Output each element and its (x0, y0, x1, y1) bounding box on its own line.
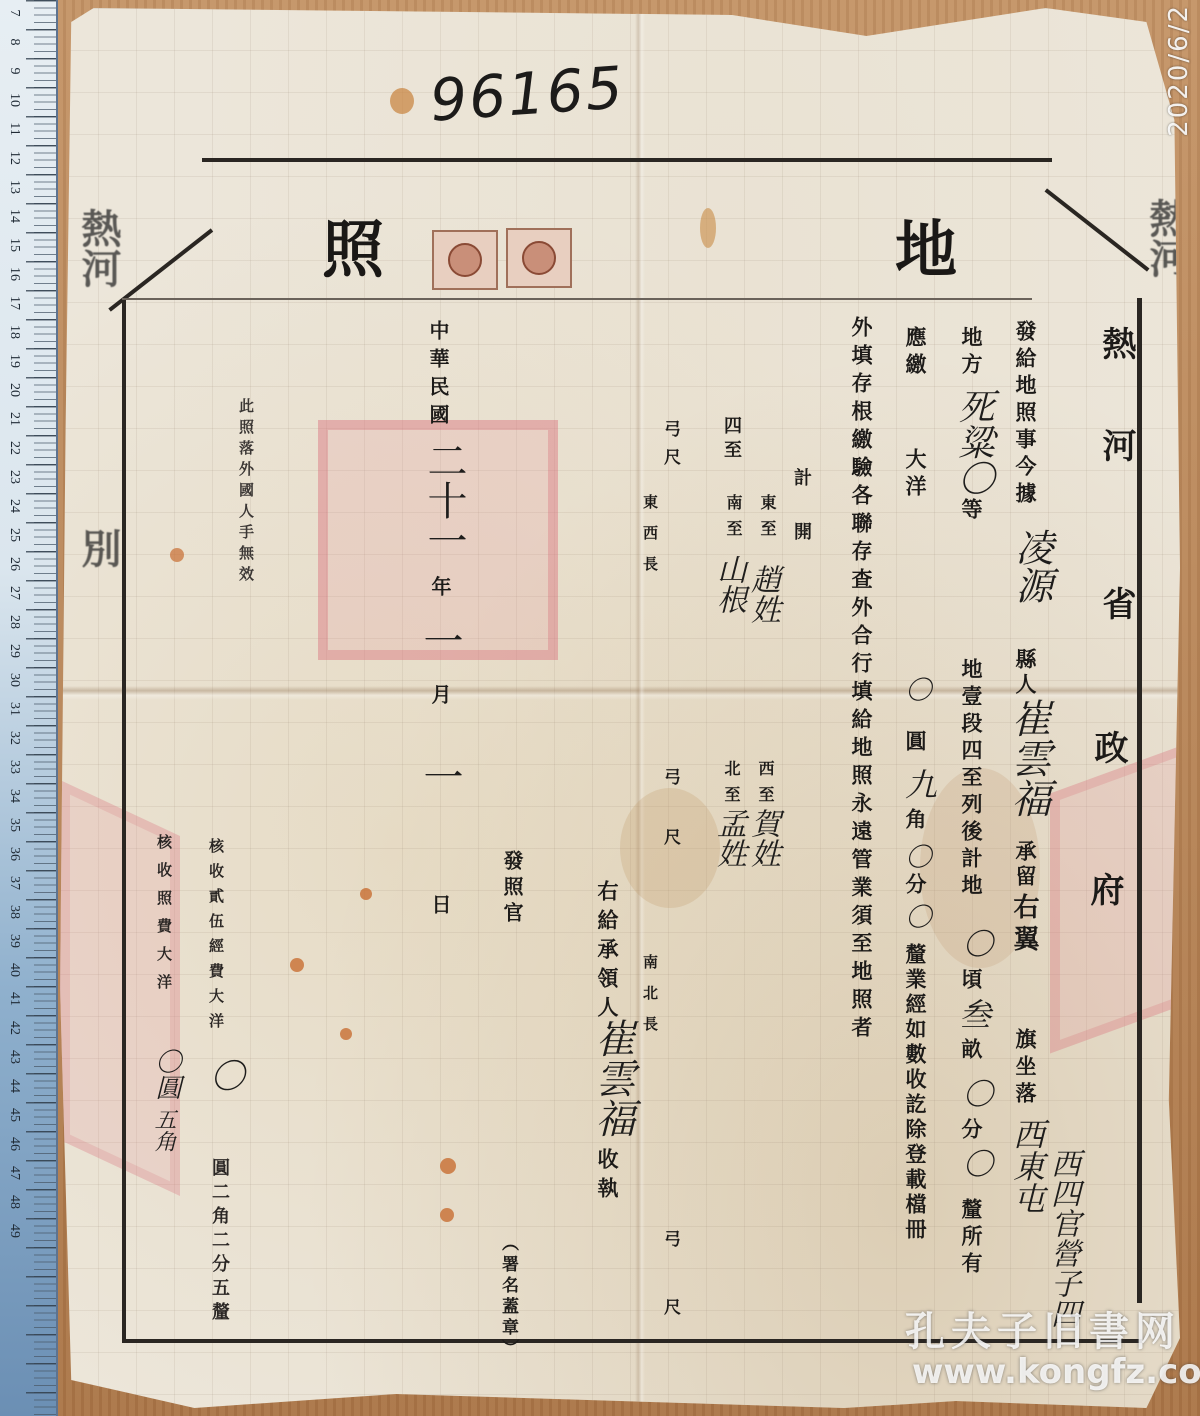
ruler-mark: 43 (7, 1045, 21, 1069)
issuer-char: 政 (1084, 730, 1133, 764)
ruler-mark: 47 (7, 1161, 21, 1185)
body-text: 縣人 (1010, 648, 1040, 698)
day-label: 日 (426, 894, 455, 924)
ruler-mark: 19 (7, 349, 21, 373)
ruler-mark: 33 (7, 755, 21, 779)
south-to-label: 南至 (722, 494, 745, 546)
ruler-mark: 37 (7, 871, 21, 895)
handwritten-north-neighbor: 孟姓 (706, 808, 750, 868)
photo-date-stamp: 2020/6/2 (1164, 4, 1194, 137)
handwritten-mu: 叁 (950, 998, 996, 1030)
ruler-major-ticks (26, 0, 56, 1416)
receipt-label: 收執 (592, 1148, 622, 1206)
ruler-mark: 9 (7, 59, 21, 83)
measure-label: 計開 (788, 468, 814, 576)
ruler-mark: 20 (7, 378, 21, 402)
ruler-mark: 8 (7, 30, 21, 54)
ruler-mark: 16 (7, 262, 21, 286)
ruler-mark: 30 (7, 668, 21, 692)
handwritten-certificate-fee-jiao: 五角 (148, 1108, 179, 1152)
land-certificate-paper: 熱河 別 熱河 96165 地 照 熱 河 省 政 府 發給地照事今據 凌源 縣… (60, 8, 1180, 1408)
body-text: 釐業經如數收訖除登載檔冊 (900, 943, 930, 1243)
ruler-mark: 34 (7, 784, 21, 808)
handwritten-jiao: 九 (896, 768, 942, 800)
issuer-char: 河 (1092, 428, 1141, 462)
handwritten-yuan: 〇 (898, 676, 935, 702)
kongfz-watermark-url: www.kongfz.com (912, 1352, 1200, 1392)
chi-label: 尺 (658, 828, 683, 857)
body-text: 發給地照事今據 (1010, 320, 1040, 509)
handwritten-recipient-name: 崔雲福 (584, 1018, 641, 1138)
ruler-mark: 26 (7, 552, 21, 576)
revenue-stamp (432, 230, 498, 290)
ruler-mark: 23 (7, 465, 21, 489)
gong-label: 弓 (658, 1230, 683, 1259)
handwritten-li-fee: 〇 (898, 903, 935, 929)
month-label: 月 (426, 684, 455, 714)
handwritten-qing: 〇 (952, 928, 996, 958)
kongfz-watermark-cn: 孔夫子旧書网 (905, 1300, 1181, 1357)
ruler-mark: 39 (7, 929, 21, 953)
ruler-mark: 48 (7, 1190, 21, 1214)
body-text: 外填存根繳驗各聯存查外合行填給地照永遠管業須至地照者 (846, 316, 876, 1044)
ruler-numbers: 7 8 9 10 11 12 13 14 15 16 17 18 19 20 2… (2, 0, 24, 1416)
handwritten-fen-fee: 〇 (898, 843, 935, 869)
four-sides-label: 四至 (718, 416, 744, 464)
ruler-mark: 31 (7, 697, 21, 721)
body-text: 角 (900, 808, 930, 839)
title-char-di: 地 (895, 200, 957, 289)
ruler-mark: 49 (7, 1219, 21, 1243)
ruler-mark: 42 (7, 1016, 21, 1040)
recipient-label: 右給承領人 (592, 880, 622, 1025)
body-text: 分 (900, 873, 930, 904)
chi-label: 尺 (658, 448, 683, 477)
south-north-length-label: 南北長 (640, 954, 661, 1047)
handwritten-month: 一 (412, 620, 469, 660)
body-text: 釐所有 (956, 1198, 986, 1279)
year-label: 年 (426, 576, 455, 606)
ruler-mark: 18 (7, 320, 21, 344)
ruler-mark: 27 (7, 581, 21, 605)
body-text: 應繳 (900, 326, 930, 380)
rust-stain (390, 88, 414, 114)
ruler-mark: 32 (7, 726, 21, 750)
body-text: 地方 (956, 326, 986, 380)
north-to-label: 北至 (720, 760, 743, 812)
ruler-mark: 11 (7, 117, 21, 141)
handwritten-county: 凌源 (1004, 528, 1059, 604)
expense-fee-label: 核收貳伍經費大洋 (206, 838, 227, 1038)
west-to-label: 西至 (754, 760, 777, 812)
body-text: 地壹段四至列後計地 (956, 658, 986, 901)
body-text: 承留 (1010, 840, 1040, 890)
ruler-mark: 12 (7, 146, 21, 170)
title-char-zhao: 照 (322, 200, 384, 289)
ruler-mark: 41 (7, 987, 21, 1011)
ruler-mark: 40 (7, 958, 21, 982)
ruler-mark: 10 (7, 88, 21, 112)
ruler-mark: 17 (7, 291, 21, 315)
body-text: 旗坐落 (1010, 1028, 1040, 1109)
handwritten-holder-name: 崔雲福 (1000, 698, 1057, 818)
east-to-label: 東至 (756, 494, 779, 546)
body-text: 大洋 (900, 448, 930, 502)
ruler-mark: 29 (7, 639, 21, 663)
era-label: 中華民國 (424, 320, 453, 432)
revenue-stamp-portrait (522, 241, 556, 275)
handwritten-expense-fee: 〇 (200, 1058, 249, 1092)
ruler-mark: 36 (7, 842, 21, 866)
ruler-mark: 45 (7, 1103, 21, 1127)
ruler-mark: 22 (7, 436, 21, 460)
ruler-mark: 13 (7, 175, 21, 199)
handwritten-land-grade: 死粱〇 (948, 388, 999, 496)
revenue-stamp-portrait (448, 243, 482, 277)
issuer-char: 省 (1092, 586, 1141, 620)
gong-label: 弓 (658, 768, 683, 797)
ruler-mark: 38 (7, 900, 21, 924)
foreigner-invalid-note: 此照落外國人手無效 (236, 398, 257, 587)
issuer-char: 熱 (1092, 326, 1141, 360)
frame-header-divider (122, 298, 1032, 300)
expense-fee-amount: 圓二角二分五釐 (206, 1158, 232, 1326)
handwritten-certificate-fee: 〇圓 (148, 1048, 185, 1100)
ruler-mark: 46 (7, 1132, 21, 1156)
gong-label: 弓 (658, 420, 683, 449)
body-text: 圓 (900, 730, 930, 761)
body-text-banner: 右翼 (1006, 893, 1043, 957)
handwritten-li: 〇 (952, 1148, 996, 1178)
handwritten-year: 二十一 (416, 440, 473, 560)
handwritten-south-boundary: 山根 (706, 554, 750, 614)
body-text: 分 (956, 1118, 986, 1149)
body-text: 頃 (956, 968, 986, 999)
issuer-char: 府 (1080, 872, 1129, 906)
body-text: 等 (956, 498, 986, 529)
signature-note: （署名蓋章） (496, 1234, 521, 1360)
revenue-stamp (506, 228, 572, 288)
ruler-mark: 28 (7, 610, 21, 634)
handwritten-fen: 〇 (952, 1078, 996, 1108)
measuring-ruler: 7 8 9 10 11 12 13 14 15 16 17 18 19 20 2… (0, 0, 58, 1416)
ruler-mark: 14 (7, 204, 21, 228)
frame-top-line (202, 158, 1052, 162)
frame-left-line (122, 298, 126, 1343)
ruler-mark: 7 (7, 1, 21, 25)
ruler-mark: 24 (7, 494, 21, 518)
handwritten-day: 一 (412, 756, 469, 796)
issuing-officer-label: 發照官 (498, 850, 527, 928)
ruler-mark: 35 (7, 813, 21, 837)
ruler-mark: 44 (7, 1074, 21, 1098)
body-text: 畝 (956, 1038, 986, 1069)
ruler-mark: 15 (7, 233, 21, 257)
ruler-mark: 21 (7, 407, 21, 431)
chi-label: 尺 (658, 1298, 683, 1327)
ruler-mark: 25 (7, 523, 21, 547)
serial-number-handwritten: 96165 (428, 53, 627, 134)
east-west-length-label: 東西長 (640, 494, 661, 587)
certificate-fee-label: 核收照費大洋 (154, 834, 175, 1002)
